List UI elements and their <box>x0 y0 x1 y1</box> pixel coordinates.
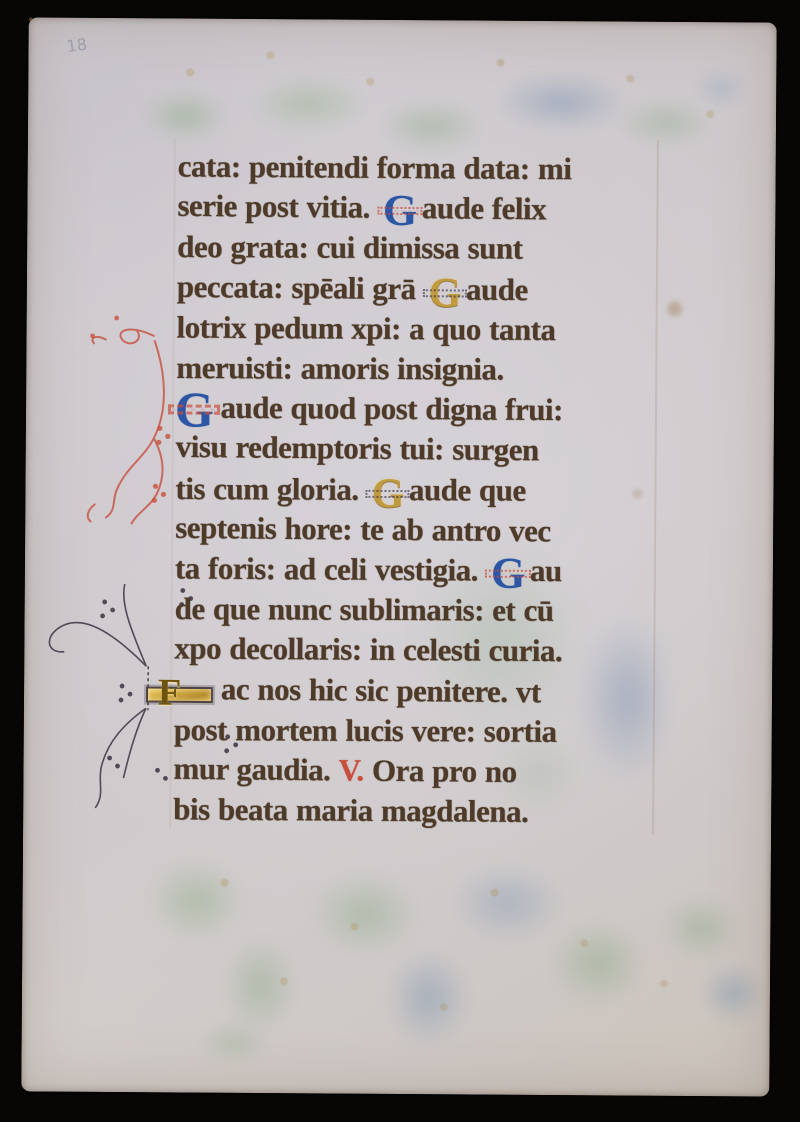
text-block: cata: penitendi forma data: miserie post… <box>173 146 670 833</box>
manuscript-text-line: tis cum gloria. Gaude que <box>175 469 667 512</box>
manuscript-text-line: xpo decollaris: in celesti curia. <box>174 629 666 673</box>
manuscript-text-line: bis beata maria magdalena. <box>173 790 665 834</box>
text-run: au <box>530 553 562 588</box>
manuscript-text-line: post mortem lucis vere: sortia <box>174 710 666 753</box>
text-run: meruisti: amoris insignia. <box>176 350 504 387</box>
text-run: serie post vitia. <box>177 188 378 225</box>
manuscript-text-line: serie post vitia. Gaude felix <box>177 186 669 231</box>
manuscript-text-line: lotrix pedum xpi: a quo tanta <box>176 307 668 351</box>
text-run: deo grata: cui dimissa sunt <box>177 229 522 266</box>
manuscript-text-line: peccata: spēali grā Gaude <box>177 266 669 311</box>
text-run: de que nunc sublimaris: et cū <box>175 591 554 628</box>
manuscript-text-line: mur gaudia. V. Ora pro no <box>173 749 665 794</box>
showthrough-foliage-bottom <box>118 816 768 1061</box>
manuscript-text-line: deo grata: cui dimissa sunt <box>177 227 669 270</box>
text-run: Ora pro no <box>364 753 517 789</box>
illuminated-initial-blue-boxed: G <box>172 409 216 411</box>
text-run: ac nos hic sic penitere. vt <box>221 671 541 709</box>
manuscript-text-line: Fac nos hic sic penitere. vt <box>174 668 666 713</box>
text-run: cata: penitendi forma data: mi <box>178 148 572 186</box>
black-penwork-flourish <box>48 584 149 809</box>
text-run: lotrix pedum xpi: a quo tanta <box>176 309 555 347</box>
text-run: aude felix <box>422 190 547 226</box>
manuscript-text-line: ta foris: ad celi vestigia. Gau <box>175 548 667 592</box>
illuminated-initial-gold-panel: F <box>146 686 213 703</box>
text-run: aude <box>466 271 528 307</box>
manuscript-text-line: de que nunc sublimaris: et cū <box>175 589 667 632</box>
illuminated-initial-blue: G <box>488 573 528 575</box>
parchment-speckles <box>29 17 33 21</box>
text-run: peccata: spēali grā <box>177 268 424 305</box>
red-penwork-flourish <box>88 329 165 524</box>
text-run: aude que <box>409 472 526 508</box>
text-run: bis beata maria magdalena. <box>173 792 528 829</box>
manuscript-text-line: cata: penitendi forma data: mi <box>178 146 670 190</box>
text-run: mur gaudia. <box>173 751 338 788</box>
pencil-number: 18 <box>65 34 88 56</box>
text-run: ta foris: ad celi vestigia. <box>175 550 487 587</box>
red-penwork-dots <box>89 315 171 503</box>
text-run: septenis hore: te ab antro vec <box>175 510 551 549</box>
illuminated-initial-gold: G <box>426 292 464 294</box>
manuscript-text-line: visu redemptoris tui: surgen <box>176 427 668 472</box>
text-run: post mortem lucis vere: sortia <box>174 712 557 749</box>
photo-of-manuscript-leaf: { "colors": { "background": "#080505", "… <box>0 0 800 1122</box>
text-run: xpo decollaris: in celesti curia. <box>174 631 562 669</box>
text-run: aude quod post digna frui: <box>220 390 563 427</box>
manuscript-leaf: 18 <box>21 17 776 1096</box>
manuscript-text-line: septenis hore: te ab antro vec <box>175 508 667 553</box>
manuscript-text-line: meruisti: amoris insignia. <box>176 348 668 391</box>
text-run: visu redemptoris tui: surgen <box>176 429 539 467</box>
text-run: tis cum gloria. <box>175 471 366 507</box>
illuminated-initial-blue: G <box>380 210 420 212</box>
manuscript-text-line: Gaude quod post digna frui: <box>176 388 668 432</box>
illuminated-initial-gold: G <box>369 493 407 495</box>
